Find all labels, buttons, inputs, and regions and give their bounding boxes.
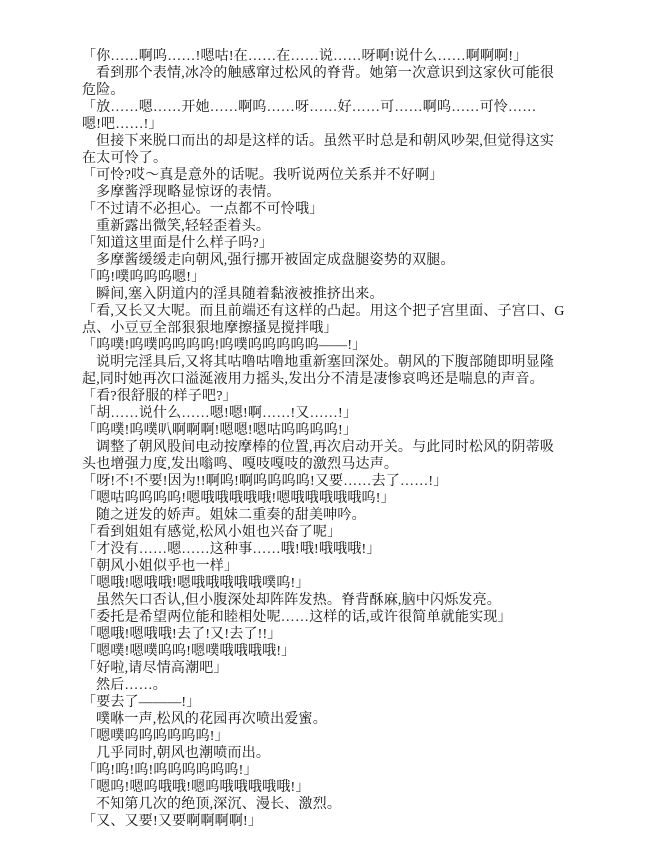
text-line: 点、小豆豆全部狠狠地摩擦搔晃搅拌哦」 (82, 320, 582, 337)
text-line: 但接下来脱口而出的却是这样的话。虽然平时总是和朝风吵架,但觉得这实 (82, 133, 582, 150)
text-line: 「看到姐姐有感觉,松风小姐也兴奋了呢」 (82, 524, 582, 541)
text-line: 「呜噗!呜噗呜呜呜呜!呜噗呜呜呜呜呜——!」 (82, 337, 582, 354)
text-line: 「呜!呜!呜!呜呜呜呜呜呜!」 (82, 762, 582, 779)
text-line: 「呜噗!呜噗叭啊啊啊!嗯嗯!嗯咕呜呜呜呜!」 (82, 422, 582, 439)
text-line: 嗯!吧……!」 (82, 116, 582, 133)
text-line: 「呜!噗呜呜呜嗯!」 (82, 269, 582, 286)
text-line: 危险。 (82, 82, 582, 99)
text-line: 「才没有……嗯……这种事……哦!哦!哦哦哦!」 (82, 541, 582, 558)
text-line: 瞬间,塞入阴道内的淫具随着黏液被推挤出来。 (82, 286, 582, 303)
text-line: 「嗯咕呜呜呜呜!嗯哦哦哦哦哦!嗯哦哦哦哦哦呜!」 (82, 490, 582, 507)
text-line: 然后……。 (82, 677, 582, 694)
text-line: 「好啦,请尽情高潮吧」 (82, 660, 582, 677)
text-line: 「看?很舒服的样子吧?」 (82, 388, 582, 405)
text-line: 「要去了———!」 (82, 694, 582, 711)
text-line: 起,同时她再次口溢涎液用力摇头,发出分不清是凄惨哀鸣还是喘息的声音。 (82, 371, 582, 388)
text-line: 「可怜?哎～真是意外的话呢。我听说两位关系并不好啊」 (82, 167, 582, 184)
text-line: 「嗯噗!嗯噗呜呜!嗯噗哦哦哦哦!」 (82, 643, 582, 660)
text-line: 看到那个表情,冰冷的触感窜过松风的脊背。她第一次意识到这家伙可能很 (82, 65, 582, 82)
text-line: 多摩酱浮现略显惊讶的表情。 (82, 184, 582, 201)
text-line: 几乎同时,朝风也潮喷而出。 (82, 745, 582, 762)
text-line: 噗咻一声,松风的花园再次喷出爱蜜。 (82, 711, 582, 728)
text-line: 虽然矢口否认,但小腹深处却阵阵发热。脊背酥麻,脑中闪烁发亮。 (82, 592, 582, 609)
text-line: 在太可怜了。 (82, 150, 582, 167)
text-line: 「看,又长又大呢。而且前端还有这样的凸起。用这个把子宫里面、子宫口、G (82, 303, 582, 320)
text-line: 多摩酱缓缓走向朝风,强行挪开被固定成盘腿姿势的双腿。 (82, 252, 582, 269)
text-line: 「又、又要!又要啊啊啊啊!」 (82, 813, 582, 830)
text-line: 「委托是希望两位能和睦相处呢……这样的话,或许很简单就能实现」 (82, 609, 582, 626)
text-line: 随之迸发的娇声。姐妹二重奏的甜美呻吟。 (82, 507, 582, 524)
text-line: 「嗯呜!嗯呜哦哦!嗯呜哦哦哦哦哦!」 (82, 779, 582, 796)
text-line: 「不过请不必担心。一点都不可怜哦」 (82, 201, 582, 218)
document-page: 「你……啊呜……!嗯咕!在……在……说……呀啊!说什么……啊啊啊!」看到那个表情… (0, 0, 650, 850)
text-line: 「知道这里面是什么样子吗?」 (82, 235, 582, 252)
text-line: 调整了朝风股间电动按摩棒的位置,再次启动开关。与此同时松风的阴蒂吸 (82, 439, 582, 456)
text-line: 「嗯噗呜呜呜呜呜呜!」 (82, 728, 582, 745)
text-line: 「放……嗯……开她……啊呜……呀……好……可……啊呜……可怜…… (82, 99, 582, 116)
text-line: 「嗯哦!嗯哦哦!嗯哦哦哦哦哦噗呜!」 (82, 575, 582, 592)
text-line: 「嗯哦!嗯哦哦!去了!又!去了!!」 (82, 626, 582, 643)
text-block: 「你……啊呜……!嗯咕!在……在……说……呀啊!说什么……啊啊啊!」看到那个表情… (82, 48, 582, 830)
text-line: 「朝风小姐似乎也一样」 (82, 558, 582, 575)
text-line: 「你……啊呜……!嗯咕!在……在……说……呀啊!说什么……啊啊啊!」 (82, 48, 582, 65)
text-line: 头也增强力度,发出嗡鸣、嘎吱嘎吱的激烈马达声。 (82, 456, 582, 473)
text-line: 「胡……说什么……嗯!嗯!啊……!又……!」 (82, 405, 582, 422)
text-line: 「呀!不!不要!因为!!啊呜!啊呜呜呜呜!又要……去了……!」 (82, 473, 582, 490)
text-line: 说明完淫具后,又将其咕噜咕噜地重新塞回深处。朝风的下腹部随即明显隆 (82, 354, 582, 371)
text-line: 重新露出微笑,轻轻歪着头。 (82, 218, 582, 235)
text-line: 不知第几次的绝顶,深沉、漫长、激烈。 (82, 796, 582, 813)
